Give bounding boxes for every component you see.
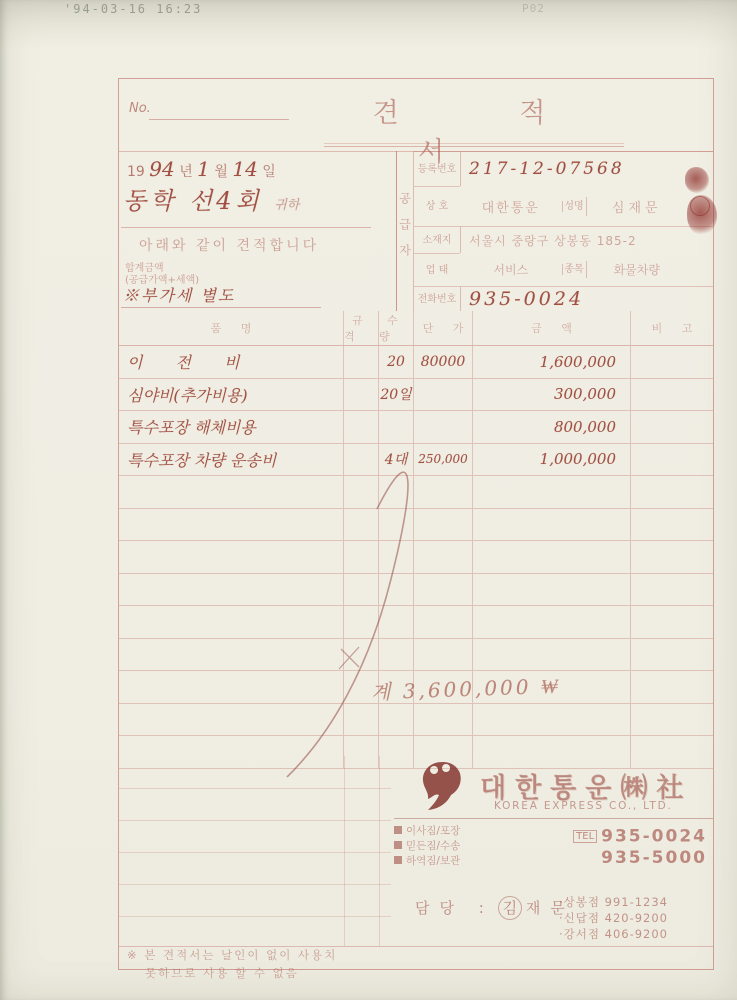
table-row: 특수포장 해체비용 800,000	[119, 411, 713, 444]
business-type-row: 서비스 종목 화물차량	[460, 253, 713, 286]
form-no-label: No.	[129, 101, 151, 116]
service-list: 이사짐/포장 믿든짐/수송 하역짐/보관	[394, 824, 460, 869]
table-row-empty	[119, 606, 713, 639]
table-row-empty	[119, 541, 713, 574]
tel-label: TEL	[573, 830, 597, 843]
ceo-name-label: 성명	[562, 201, 586, 212]
vat-note-handwritten: ※부가세 별도	[123, 283, 235, 306]
footer-note-line: ※ 본 견적서는 날인이 없이 사용치	[127, 946, 337, 964]
bullet-square-icon	[394, 856, 402, 864]
phone-value-handwritten: 935-0024	[460, 286, 713, 311]
header-remarks: 비 고	[631, 311, 713, 345]
tel-number-2: 935-5000	[557, 848, 707, 869]
service-item: 하역짐/보관	[394, 854, 460, 869]
address-value: 서울시 중랑구 상봉동 185-2	[460, 226, 713, 253]
fax-timestamp: '94-03-16 16:23	[64, 2, 202, 16]
branch-phone-list: ·상봉점 991-1234 ·신답점 420-9200 ·강서점 406-920…	[559, 894, 668, 942]
manager-name-char: 김	[498, 896, 522, 920]
company-name-english: KOREA EXPRESS CO., LTD.	[494, 800, 673, 812]
table-row: 심야비(추가비용) 20일 300,000	[119, 379, 713, 412]
vat-note-underline	[121, 307, 321, 308]
fax-page-number: P02	[522, 2, 545, 15]
company-value: 대한통운	[460, 197, 562, 216]
item-value: 화물차량	[586, 261, 688, 278]
red-seal-stamp-icon	[687, 195, 717, 235]
red-seal-stamp-icon	[685, 167, 709, 193]
manager-line: 담당 :김재문	[415, 896, 575, 920]
table-header-row: 품 명 규 격 수 량 단 가 금 액 비 고	[119, 311, 713, 346]
date-month-handwritten: 1	[197, 157, 210, 181]
bullet-square-icon	[394, 841, 402, 849]
main-phone-numbers: TEL935-0024 935-5000	[557, 826, 707, 869]
header-item: 품 명	[119, 311, 344, 345]
scanned-estimate-document: '94-03-16 16:23 P02 No. 견 적 서 19 94 년 1 …	[0, 0, 737, 1000]
supplier-block: 공급자 등록번호 217-12-07568 상 호 대한통운 성명 심재문 소재…	[396, 151, 713, 311]
footer-notes: ※ 본 견적서는 날인이 없이 사용치 못하므로 사용 할 수 없음	[127, 946, 337, 982]
header-amount: 금 액	[473, 311, 631, 345]
table-row-empty	[119, 574, 713, 607]
phone-label: 전화번호	[413, 286, 460, 311]
intro-text: 아래와 같이 견적합니다	[139, 235, 319, 255]
company-logo-block: 대한통운㈱社 KOREA EXPRESS CO., LTD.	[394, 758, 713, 818]
business-type-value: 서비스	[460, 261, 562, 278]
table-row-empty	[119, 639, 713, 672]
form-bottom-section: 대한통운㈱社 KOREA EXPRESS CO., LTD. 이사짐/포장 믿든…	[119, 756, 713, 947]
service-item: 믿든짐/수송	[394, 839, 460, 854]
manager-name-char: 재	[526, 899, 551, 917]
company-label: 상 호	[413, 186, 460, 226]
header-unit-price: 단 가	[414, 311, 473, 345]
address-label: 소재지	[413, 226, 460, 253]
table-row-empty	[119, 476, 713, 509]
branch-phone: ·강서점 406-9200	[559, 926, 668, 942]
header-spec: 규 격	[344, 311, 379, 345]
branch-phone: ·신답점 420-9200	[559, 910, 668, 926]
table-row: 이 전 비 20 80000 1,600,000	[119, 346, 713, 379]
reg-number-label: 등록번호	[413, 151, 460, 186]
tel-number-1: 935-0024	[601, 827, 707, 847]
bullet-square-icon	[394, 826, 402, 834]
estimate-form: No. 견 적 서 19 94 년 1 월 14 일 동학 선4회 귀하 아래와…	[118, 78, 714, 970]
recipient-honorific: 귀하	[274, 198, 299, 213]
footer-note-line: 못하므로 사용 할 수 없음	[127, 964, 337, 982]
header-qty: 수 량	[379, 311, 414, 345]
recipient-name: 동학 선4회 귀하	[123, 181, 299, 216]
table-row: 특수포장 차량 운송비 4대 250,000 1,000,000	[119, 444, 713, 477]
reg-number-value: 217-12-07568	[460, 151, 713, 186]
ceo-name-value: 심재문	[586, 197, 688, 216]
item-label: 종목	[562, 264, 586, 275]
recipient-underline	[121, 227, 371, 228]
recipient-block: 19 94 년 1 월 14 일 동학 선4회 귀하 아래와 같이 견적합니다 …	[119, 151, 397, 311]
date-day-handwritten: 14	[232, 157, 257, 181]
table-row-empty	[119, 704, 713, 737]
korea-express-logo-icon	[418, 760, 466, 814]
table-row-empty	[119, 509, 713, 542]
estimate-date: 19 94 년 1 월 14 일	[127, 157, 276, 181]
logo-underline	[394, 818, 713, 819]
service-item: 이사짐/포장	[394, 824, 460, 839]
branch-phone: ·상봉점 991-1234	[559, 894, 668, 910]
company-name-row: 대한통운 성명 심재문	[460, 186, 713, 226]
title-underline	[324, 143, 624, 147]
business-type-label: 업 태	[413, 253, 460, 286]
date-year-handwritten: 94	[149, 157, 174, 181]
supplier-side-label: 공급자	[396, 151, 413, 311]
